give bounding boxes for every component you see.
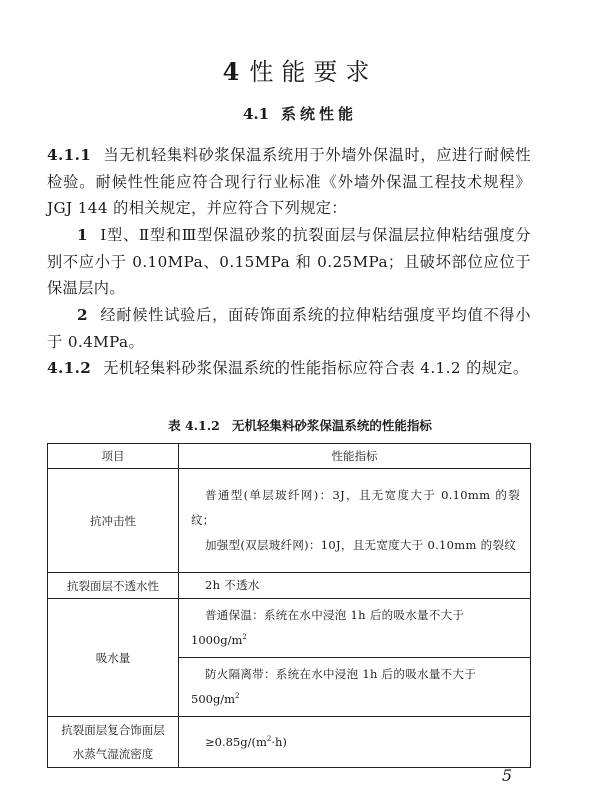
row-item: 抗冲击性 bbox=[48, 469, 179, 573]
clause-4-1-1-item-1: 1Ⅰ型、Ⅱ型和Ⅲ型保温砂浆的抗裂面层与保温层拉伸粘结强度分别不应小于 0.10M… bbox=[47, 222, 531, 302]
item-text: 经耐候性试验后，面砖饰面系统的拉伸粘结强度平均值不得小于 0.4MPa。 bbox=[47, 306, 531, 351]
superscript: 2 bbox=[235, 692, 239, 700]
item-number: 1 bbox=[77, 226, 88, 244]
row-item: 抗裂面层不透水性 bbox=[48, 573, 179, 599]
value-line: 普通型(单层玻纤网)：3J，且无宽度大于 0.10mm 的裂纹； bbox=[191, 483, 520, 533]
row-item-line: 水蒸气湿流密度 bbox=[73, 747, 154, 761]
table-row: 抗裂面层不透水性 2h 不透水 bbox=[48, 573, 531, 599]
performance-table: 项目 性能指标 抗冲击性 普通型(单层玻纤网)：3J，且无宽度大于 0.10mm… bbox=[47, 443, 531, 768]
header-item: 项目 bbox=[48, 444, 179, 469]
section-heading: 4.1系统性能 bbox=[0, 103, 600, 124]
sub-cell-firebreak: 防火隔离带：系统在水中浸泡 1h 后的吸水量不大于 500g/m2 bbox=[179, 658, 530, 716]
superscript: 2 bbox=[242, 633, 246, 641]
value-text: ≥0.85g/(m bbox=[205, 735, 267, 749]
row-value: 普通保温：系统在水中浸泡 1h 后的吸水量不大于 1000g/m2 防火隔离带：… bbox=[179, 599, 531, 717]
value-text: ·h) bbox=[271, 735, 287, 749]
clause-text: 无机轻集料砂浆保温系统的性能指标应符合表 4.1.2 的规定。 bbox=[103, 359, 528, 377]
clause-number: 4.1.2 bbox=[47, 359, 91, 377]
table-caption-number: 表 4.1.2 bbox=[168, 418, 220, 433]
header-indicator: 性能指标 bbox=[179, 444, 531, 469]
row-item: 吸水量 bbox=[48, 599, 179, 717]
value-line: 加强型(双层玻纤网)：10J，且无宽度大于 0.10mm 的裂纹 bbox=[191, 533, 520, 558]
chapter-number: 4 bbox=[223, 57, 240, 86]
value-line: 1000g/m bbox=[191, 633, 242, 647]
table-header-row: 项目 性能指标 bbox=[48, 444, 531, 469]
value-line: 2h 不透水 bbox=[191, 573, 520, 598]
row-value: 普通型(单层玻纤网)：3J，且无宽度大于 0.10mm 的裂纹； 加强型(双层玻… bbox=[179, 469, 531, 573]
value-line: 普通保温：系统在水中浸泡 1h 后的吸水量不大于 bbox=[191, 603, 520, 628]
section-number: 4.1 bbox=[243, 105, 269, 123]
clause-number: 4.1.1 bbox=[47, 146, 91, 164]
clause-4-1-2: 4.1.2无机轻集料砂浆保温系统的性能指标应符合表 4.1.2 的规定。 bbox=[47, 355, 531, 382]
row-value: ≥0.85g/(m2·h) bbox=[179, 717, 531, 768]
row-item-line: 抗裂面层复合饰面层 bbox=[61, 723, 165, 737]
page-number: 5 bbox=[502, 766, 512, 785]
value-line: 防火隔离带：系统在水中浸泡 1h 后的吸水量不大于 bbox=[191, 662, 520, 687]
section-title: 系统性能 bbox=[281, 105, 357, 123]
table-caption-title: 无机轻集料砂浆保温系统的性能指标 bbox=[232, 418, 432, 433]
item-number: 2 bbox=[77, 306, 88, 324]
value-line: 500g/m bbox=[191, 692, 235, 706]
row-item: 抗裂面层复合饰面层 水蒸气湿流密度 bbox=[48, 717, 179, 768]
clause-4-1-1-item-2: 2经耐候性试验后，面砖饰面系统的拉伸粘结强度平均值不得小于 0.4MPa。 bbox=[47, 302, 531, 355]
chapter-heading: 4性能要求 bbox=[0, 52, 600, 87]
item-text: Ⅰ型、Ⅱ型和Ⅲ型保温砂浆的抗裂面层与保温层拉伸粘结强度分别不应小于 0.10MP… bbox=[47, 226, 531, 297]
clause-text: 当无机轻集料砂浆保温系统用于外墙外保温时，应进行耐候性检验。耐候性性能应符合现行… bbox=[47, 146, 531, 217]
table-row: 抗裂面层复合饰面层 水蒸气湿流密度 ≥0.85g/(m2·h) bbox=[48, 717, 531, 768]
sub-cell-normal: 普通保温：系统在水中浸泡 1h 后的吸水量不大于 1000g/m2 bbox=[179, 599, 530, 658]
table-row: 吸水量 普通保温：系统在水中浸泡 1h 后的吸水量不大于 1000g/m2 防火… bbox=[48, 599, 531, 717]
chapter-title: 性能要求 bbox=[249, 58, 377, 86]
row-value: 2h 不透水 bbox=[179, 573, 531, 599]
table-caption: 表 4.1.2无机轻集料砂浆保温系统的性能指标 bbox=[0, 416, 600, 434]
clause-4-1-1: 4.1.1当无机轻集料砂浆保温系统用于外墙外保温时，应进行耐候性检验。耐候性性能… bbox=[47, 142, 531, 222]
table-row: 抗冲击性 普通型(单层玻纤网)：3J，且无宽度大于 0.10mm 的裂纹； 加强… bbox=[48, 469, 531, 573]
